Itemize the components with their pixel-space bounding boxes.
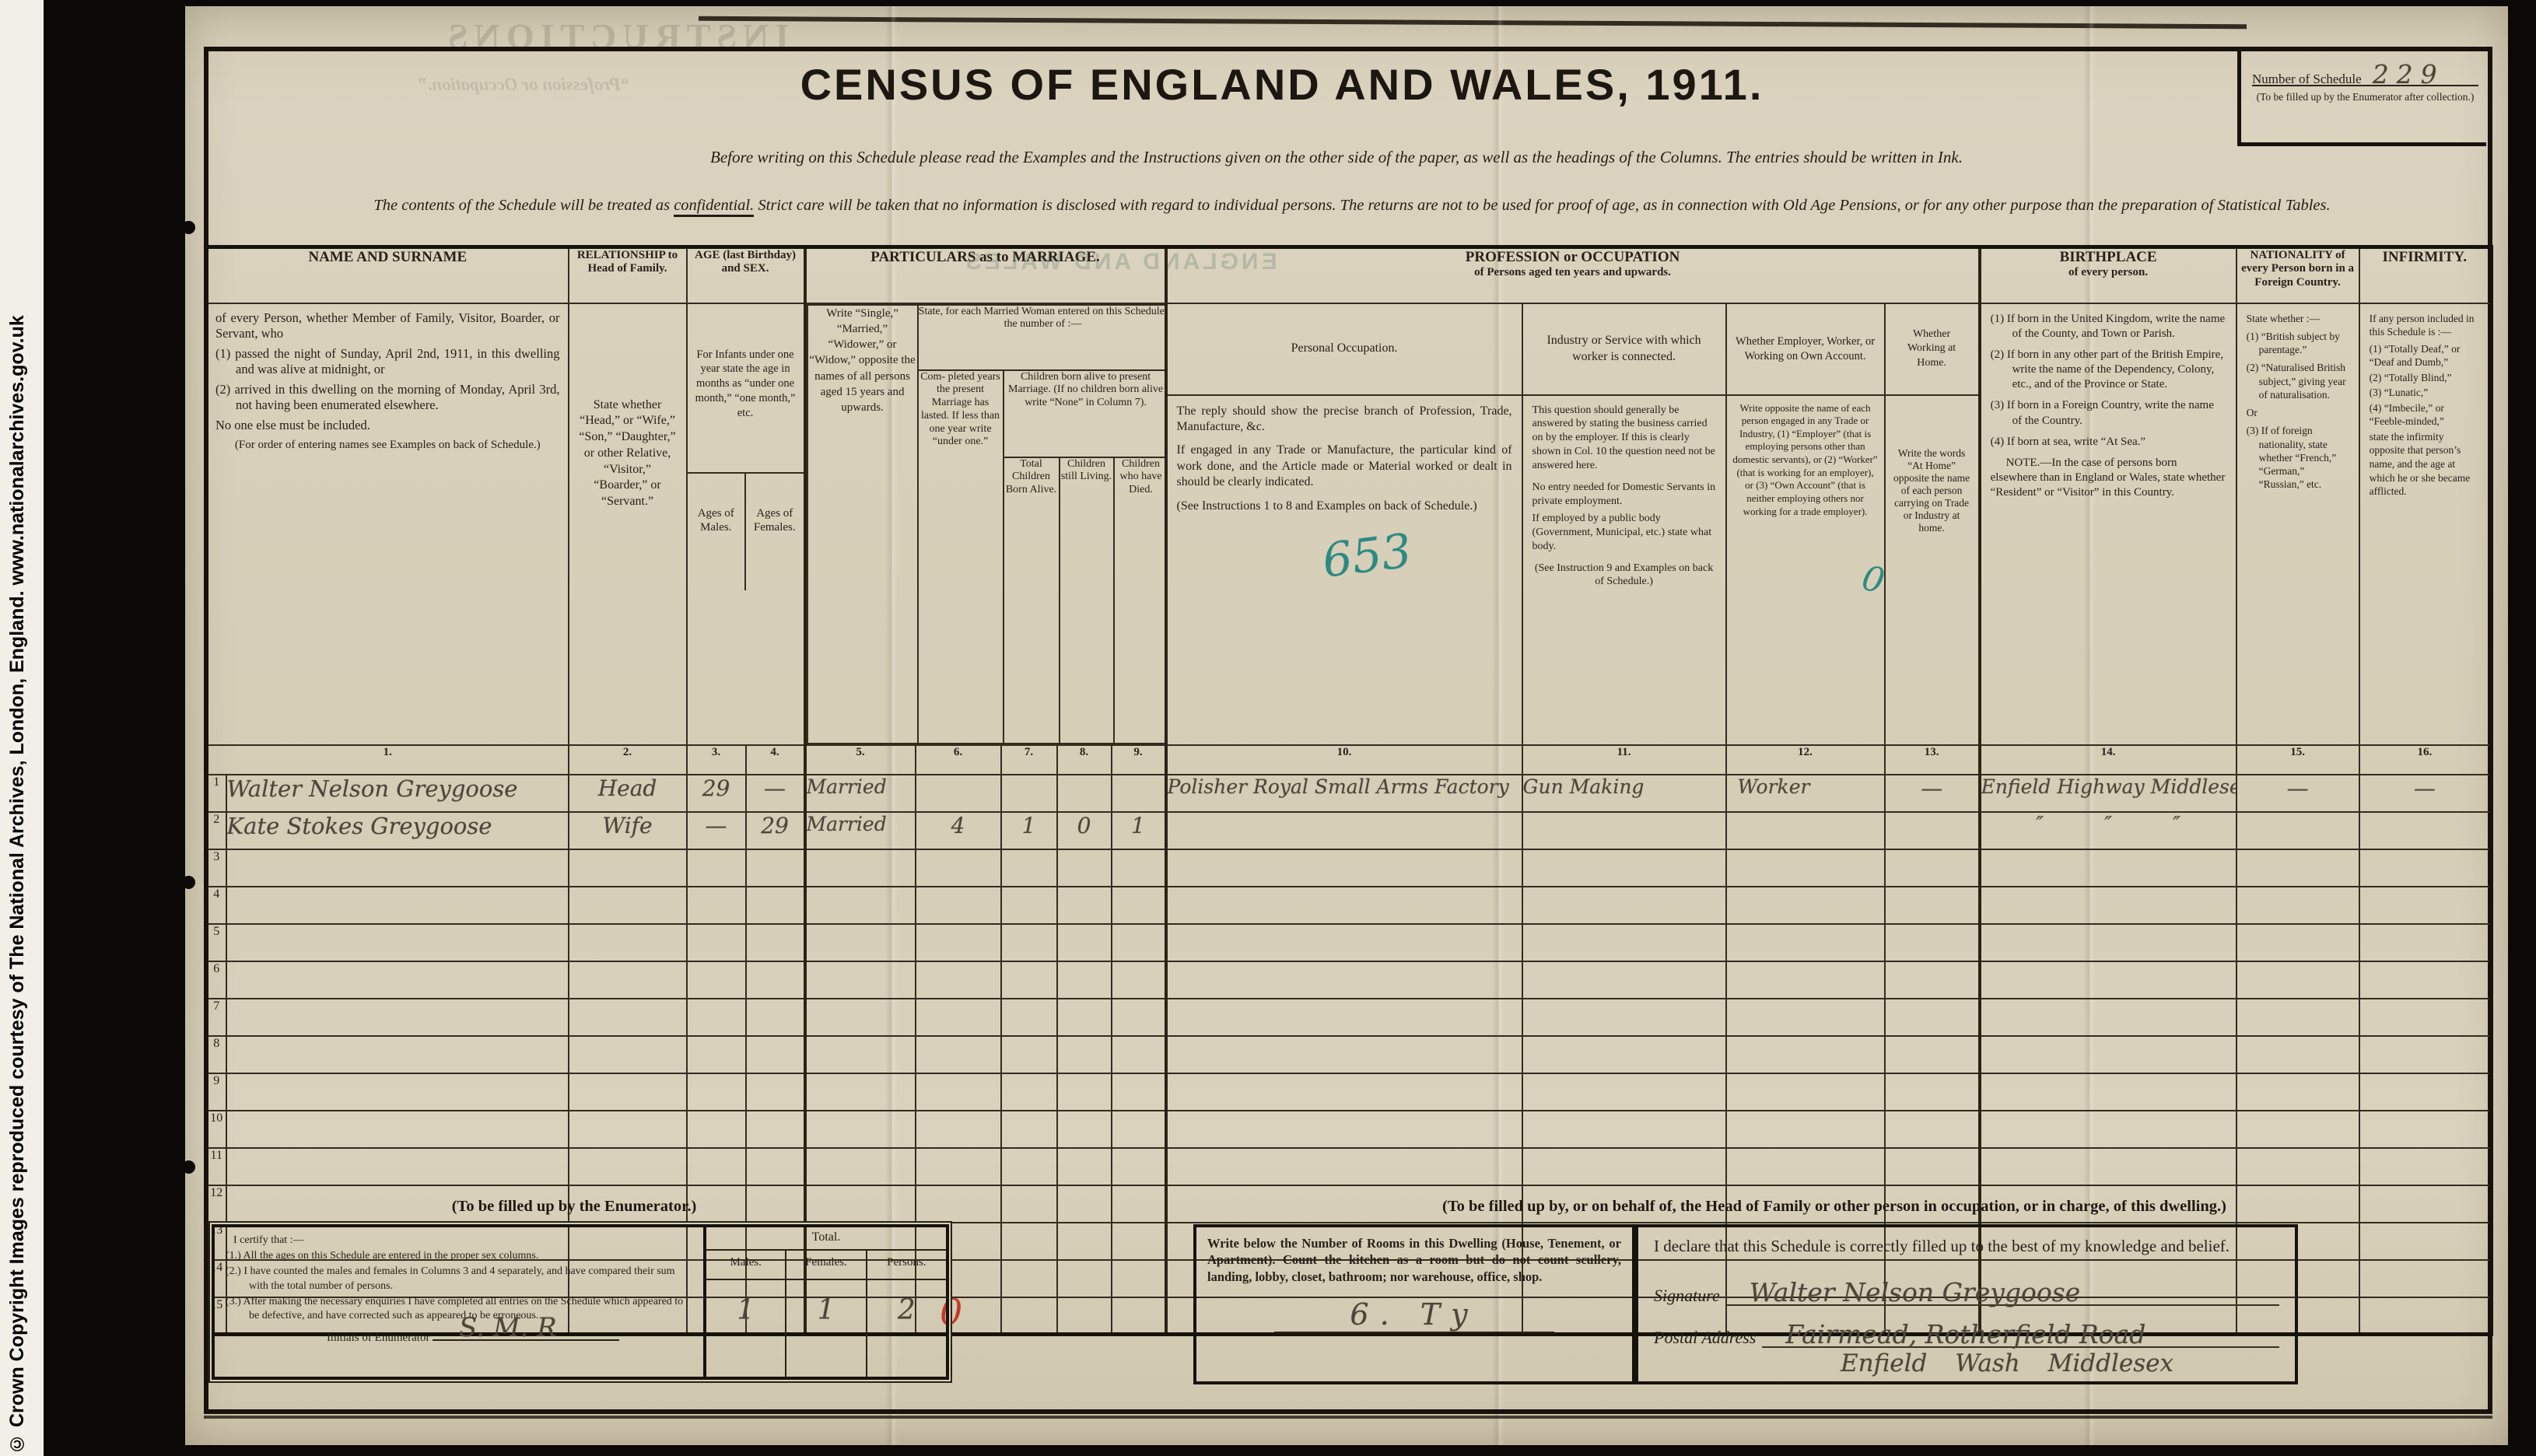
birthplace-item3: (3) If born in a Foreign Country, write …: [1991, 398, 2226, 428]
grid-cell: [1001, 1223, 1057, 1260]
grid-cell: [1112, 1036, 1166, 1073]
grid-cell: 8.: [1057, 745, 1112, 775]
confidential-word: confidential.: [674, 197, 754, 217]
grid-cell: [1980, 849, 2237, 887]
grid-cell: [1522, 812, 1726, 849]
total-children-header: Total Children Born Alive.: [1004, 457, 1060, 744]
grid-cell: [226, 1111, 569, 1148]
col-title-name: NAME AND SURNAME: [206, 247, 569, 303]
employer-explanation: Whether Employer, Worker, or Working on …: [1726, 303, 1885, 745]
initials-value: S. M. R: [459, 1311, 557, 1345]
entry-marriage-years: 4: [916, 812, 1001, 849]
census-table: NAME AND SURNAME RELATIONSHIP to Head of…: [204, 245, 2493, 1336]
grid-cell: [1726, 999, 1885, 1036]
grid-cell: [2237, 961, 2359, 999]
table-row-10: 10: [206, 1111, 2492, 1148]
grid-cell: 13.: [1885, 745, 1980, 775]
grid-cell: 2.: [569, 745, 687, 775]
grid-cell: [1112, 1111, 1166, 1148]
grid-cell: 14.: [1980, 745, 2237, 775]
postal-address-label: Postal Address: [1654, 1328, 1756, 1348]
postal-address-rule: Fairmead, Rotherfield Road: [1762, 1315, 2279, 1348]
entry-birthplace: Enfield Highway Middlesex: [1980, 775, 2237, 812]
grid-cell: [1166, 887, 1522, 924]
grid-cell: [2237, 1073, 2359, 1111]
personal-occupation-header: Personal Occupation.: [1168, 304, 1522, 396]
grid-cell: [569, 961, 687, 999]
grid-cell: 5: [206, 924, 226, 961]
grid-cell: [1522, 1111, 1726, 1148]
marriage-explanation: Write “Single,” “Married,” “Widower,” or…: [805, 303, 1166, 745]
grid-cell: [1522, 887, 1726, 924]
hole-punch: [182, 221, 195, 234]
confidential-post: Strict care will be taken that no inform…: [754, 197, 2330, 214]
paper-fold: [699, 16, 2247, 29]
grid-cell: [1057, 1111, 1112, 1148]
form-bottom-rule: [204, 1416, 2492, 1419]
grid-cell: [1980, 961, 2237, 999]
grid-cell: 8: [206, 1036, 226, 1073]
grid-cell: [1001, 775, 1057, 812]
entry-children-born: 1: [1001, 812, 1057, 849]
name-col-item1: (1) passed the night of Sunday, April 2n…: [215, 346, 560, 377]
grid-cell: [1166, 961, 1522, 999]
grid-cell: [1885, 849, 1980, 887]
schedule-number-value: 229: [2373, 59, 2445, 89]
grid-cell: [1001, 1073, 1057, 1111]
declaration-section-title: (To be filled up by, or on behalf of, th…: [1181, 1198, 2488, 1216]
name-column-explanation: of every Person, whether Member of Famil…: [206, 303, 569, 745]
occupation-foot: (See Instructions 1 to 8 and Examples on…: [1177, 499, 1512, 514]
married-woman-note: State, for each Married Woman entered on…: [918, 305, 1166, 370]
birthplace-item4: (4) If born at sea, write “At Sea.”: [1991, 435, 2226, 450]
grid-cell: [1057, 775, 1112, 812]
grid-cell: [746, 961, 805, 999]
grid-cell: 5.: [805, 745, 916, 775]
table-row-9: 9: [206, 1073, 2492, 1111]
col-title-relationship: RELATIONSHIP to Head of Family.: [569, 247, 687, 303]
entry-employer: Worker: [1726, 775, 1885, 812]
confidential-pre: The contents of the Schedule will be tre…: [373, 197, 674, 214]
grid-cell: [226, 849, 569, 887]
grid-cell: [1885, 1036, 1980, 1073]
grid-cell: [1726, 961, 1885, 999]
postal-address-value2: Enfield Wash Middlesex: [1841, 1349, 2173, 1377]
hole-punch: [182, 876, 195, 889]
rooms-instruction: Write below the Number of Rooms in this …: [1207, 1235, 1621, 1285]
profession-title-line2: of Persons aged ten years and upwards.: [1168, 266, 1978, 279]
grid-cell: [1057, 1260, 1112, 1297]
working-at-home-note: Write the words “At Home” opposite the n…: [1886, 396, 1978, 534]
entry-children-died: 1: [1112, 812, 1166, 849]
grid-cell: [1057, 887, 1112, 924]
ages-of-females-header: Ages of Females.: [744, 474, 804, 590]
grid-cell: [569, 1073, 687, 1111]
grid-cell: [746, 1036, 805, 1073]
grid-cell: [2359, 1297, 2492, 1335]
schedule-number-box: Number of Schedule229 (To be filled up b…: [2237, 51, 2486, 146]
nationality-item3: (3) If of foreign nationality, state whe…: [2247, 424, 2349, 491]
grid-cell: [1001, 924, 1057, 961]
signature-label: Signature: [1654, 1286, 1720, 1306]
grid-cell: [1001, 999, 1057, 1036]
grid-cell: [1726, 1036, 1885, 1073]
grid-cell: [1001, 1260, 1057, 1297]
grid-cell: [569, 924, 687, 961]
grid-cell: [2237, 849, 2359, 887]
grid-cell: [687, 1148, 746, 1185]
grid-cell: [687, 849, 746, 887]
industry-note1: This question should generally be answer…: [1532, 404, 1716, 474]
entry-age-male: 29: [687, 775, 746, 812]
marriage-group-title: PARTICULARS as to MARRIAGE.: [870, 249, 1100, 265]
grid-cell: [1980, 1148, 2237, 1185]
grid-cell: [1112, 961, 1166, 999]
table-row-2: 2 Kate Stokes Greygoose Wife — 29 Marrie…: [206, 812, 2492, 849]
grid-cell: [1166, 1036, 1522, 1073]
initials-label: Initials of Enumerator: [327, 1332, 429, 1344]
grid-cell: [1885, 1073, 1980, 1111]
grid-cell: [1166, 1148, 1522, 1185]
totals-females-value: 1: [785, 1280, 865, 1377]
grid-cell: 7.: [1001, 745, 1057, 775]
grid-cell: [1980, 1036, 2237, 1073]
grid-cell: 4: [206, 887, 226, 924]
certify-lead: I certify that :—: [226, 1234, 695, 1248]
birthplace-explanation: (1) If born in the United Kingdom, write…: [1980, 303, 2237, 745]
grid-cell: [805, 999, 916, 1036]
nationality-item2: (2) “Naturalised British subject,” givin…: [2247, 361, 2349, 401]
grid-cell: [1522, 1036, 1726, 1073]
grid-cell: [1112, 849, 1166, 887]
declaration-statement: I declare that this Schedule is correctl…: [1654, 1237, 2279, 1256]
rooms-value-line: 6. Ty: [1274, 1297, 1554, 1333]
grid-cell: [916, 1073, 1001, 1111]
grid-cell: [2237, 812, 2359, 849]
working-at-home-header: Whether Working at Home.: [1886, 304, 1978, 396]
industry-note2: No entry needed for Domestic Servants in…: [1532, 481, 1716, 509]
intro-line: Before writing on this Schedule please r…: [247, 148, 2426, 167]
entry-occupation: Polisher Royal Small Arms Factory: [1166, 775, 1522, 812]
grid-cell: [746, 1111, 805, 1148]
grid-cell: 2: [206, 812, 226, 849]
grid-cell: [916, 1111, 1001, 1148]
enumerator-section-title: (To be filled up by the Enumerator.): [263, 1198, 885, 1216]
grid-cell: [1726, 849, 1885, 887]
grid-cell: [2237, 887, 2359, 924]
industry-explanation: Industry or Service with which worker is…: [1522, 303, 1726, 745]
table-row-4: 4: [206, 887, 2492, 924]
grid-cell: [1726, 924, 1885, 961]
grid-cell: 10.: [1166, 745, 1522, 775]
grid-cell: [1057, 1073, 1112, 1111]
children-living-header: Children still Living.: [1060, 457, 1114, 744]
col-title-nationality: NATIONALITY of every Person born in a Fo…: [2237, 247, 2359, 303]
grid-cell: [1001, 1185, 1057, 1223]
totals-persons-value: 2: [866, 1280, 946, 1377]
table-row-1: 1 Walter Nelson Greygoose Head 29 — Marr…: [206, 775, 2492, 812]
grid-cell: [2237, 924, 2359, 961]
col-title-birthplace: BIRTHPLACE of every person.: [1980, 247, 2237, 303]
grid-cell: [569, 887, 687, 924]
grid-cell: [569, 1036, 687, 1073]
entry-at-home: —: [1885, 775, 1980, 812]
entry-relationship: Head: [569, 775, 687, 812]
grid-cell: [226, 887, 569, 924]
grid-cell: [805, 1111, 916, 1148]
grid-cell: [916, 1148, 1001, 1185]
grid-cell: [1726, 812, 1885, 849]
grid-cell: [1112, 1260, 1166, 1297]
grid-cell: [805, 924, 916, 961]
grid-cell: [687, 961, 746, 999]
signature-value: Walter Nelson Greygoose: [1750, 1277, 2080, 1307]
grid-cell: [2359, 1073, 2492, 1111]
nationality-intro: State whether :—: [2247, 312, 2349, 325]
grid-cell: [1057, 1223, 1112, 1260]
grid-cell: 16.: [2359, 745, 2492, 775]
grid-cell: [1112, 999, 1166, 1036]
grid-cell: [1885, 924, 1980, 961]
rooms-value: 6. Ty: [1350, 1297, 1478, 1332]
entry-children-living: 0: [1057, 812, 1112, 849]
birthplace-note: NOTE.—In the case of persons born elsewh…: [1991, 456, 2226, 501]
birthplace-item2: (2) If born in any other part of the Bri…: [1991, 348, 2226, 393]
grid-cell: [2359, 999, 2492, 1036]
grid-cell: [805, 1148, 916, 1185]
grid-cell: [2359, 1036, 2492, 1073]
rooms-box: Write below the Number of Rooms in this …: [1193, 1224, 1635, 1384]
grid-cell: [916, 1185, 1001, 1223]
grid-cell: [1980, 887, 2237, 924]
grid-cell: 3: [206, 849, 226, 887]
grid-cell: [569, 999, 687, 1036]
name-col-intro: of every Person, whether Member of Famil…: [215, 310, 560, 341]
nationality-item1: (1) “British subject by parentage.”: [2247, 330, 2349, 357]
industry-header: Industry or Service with which worker is…: [1523, 304, 1725, 396]
grid-cell: 9: [206, 1073, 226, 1111]
grid-cell: [687, 1036, 746, 1073]
birthplace-title-line1: BIRTHPLACE: [1981, 249, 2236, 266]
grid-cell: [746, 849, 805, 887]
col-title-profession: PROFESSION or OCCUPATION of Persons aged…: [1166, 247, 1980, 303]
form-title: CENSUS OF ENGLAND AND WALES, 1911.: [325, 59, 2239, 110]
grid-cell: [916, 775, 1001, 812]
grid-cell: [1001, 1297, 1057, 1335]
industry-foot: (See Instruction 9 and Examples on back …: [1532, 562, 1716, 590]
totals-males-value: 1: [706, 1280, 785, 1377]
grid-cell: [1726, 887, 1885, 924]
entry-relationship: Wife: [569, 812, 687, 849]
name-col-note: No one else must be included.: [215, 418, 560, 433]
grid-cell: [2359, 1223, 2492, 1260]
grid-cell: [805, 961, 916, 999]
grid-cell: [1885, 812, 1980, 849]
grid-cell: [746, 924, 805, 961]
grid-cell: [746, 999, 805, 1036]
archive-strip: © Crown Copyright Images reproduced cour…: [0, 0, 44, 1456]
grid-cell: 12: [206, 1185, 226, 1223]
grid-cell: [1885, 961, 1980, 999]
name-col-foot: (For order of entering names see Example…: [215, 438, 560, 452]
grid-cell: [569, 1148, 687, 1185]
occupation-note2: If engaged in any Trade or Manufacture, …: [1177, 443, 1512, 490]
grid-cell: [1166, 999, 1522, 1036]
grid-cell: [2359, 887, 2492, 924]
grid-cell: 1.: [206, 745, 569, 775]
grid-cell: [1112, 1297, 1166, 1335]
entry-marriage: Married: [805, 775, 916, 812]
grid-cell: [1522, 1148, 1726, 1185]
enumerator-teal-number: 653: [1319, 523, 1414, 588]
grid-cell: 4.: [746, 745, 805, 775]
grid-cell: [226, 1036, 569, 1073]
grid-cell: [746, 1073, 805, 1111]
grid-cell: 6: [206, 961, 226, 999]
grid-cell: 11: [206, 1148, 226, 1185]
grid-cell: [2359, 1111, 2492, 1148]
grid-cell: 9.: [1112, 745, 1166, 775]
nationality-explanation: State whether :— (1) “British subject by…: [2237, 303, 2359, 745]
grid-cell: [916, 887, 1001, 924]
age-infants-note: For Infants under one year state the age…: [688, 304, 804, 472]
entry-age-male: —: [687, 812, 746, 849]
ages-of-males-header: Ages of Males.: [688, 474, 745, 590]
hole-punch: [182, 1160, 195, 1174]
grid-cell: [1001, 887, 1057, 924]
grid-cell: [226, 961, 569, 999]
birthplace-title-line2: of every person.: [1981, 266, 2236, 279]
grid-cell: [1166, 812, 1522, 849]
totals-table: Total. Males. Females. Persons. 1 1 2: [703, 1227, 946, 1377]
grid-cell: [2359, 1260, 2492, 1297]
grid-cell: [226, 1148, 569, 1185]
grid-cell: 6.: [916, 745, 1001, 775]
employer-note: Write opposite the name of each person e…: [1727, 396, 1884, 525]
grid-cell: [1522, 924, 1726, 961]
table-row-6: 6: [206, 961, 2492, 999]
grid-cell: [1112, 775, 1166, 812]
schedule-number-note: (To be filled up by the Enumerator after…: [2252, 91, 2478, 104]
grid-cell: [1885, 999, 1980, 1036]
census-form: INSTRUCTIONS “Profession or Occupation.”…: [185, 6, 2508, 1445]
age-explanation: For Infants under one year state the age…: [687, 303, 805, 745]
entry-birthplace-ditto: ″ ″ ″: [1980, 812, 2237, 849]
grid-cell: [805, 1036, 916, 1073]
signature-row: Signature Walter Nelson Greygoose: [1654, 1273, 2279, 1306]
grid-cell: [1057, 1036, 1112, 1073]
grid-cell: 3.: [687, 745, 746, 775]
header-explanations-row: of every Person, whether Member of Famil…: [206, 303, 2492, 745]
table-row-5: 5: [206, 924, 2492, 961]
grid-cell: [1057, 1148, 1112, 1185]
grid-cell: [746, 1148, 805, 1185]
infirmity-tail: state the infirmity opposite that person…: [2370, 430, 2481, 499]
grid-cell: [1885, 1111, 1980, 1148]
grid-cell: [1057, 999, 1112, 1036]
grid-cell: [2359, 1148, 2492, 1185]
infirmity-item2: (2) “Totally Blind,”: [2370, 371, 2481, 385]
grid-cell: [1980, 924, 2237, 961]
grid-cell: [1522, 999, 1726, 1036]
totals-males-label: Males.: [706, 1251, 785, 1279]
grid-cell: [1112, 1223, 1166, 1260]
grid-cell: 11.: [1522, 745, 1726, 775]
grid-cell: [226, 1073, 569, 1111]
grid-cell: [2359, 961, 2492, 999]
grid-cell: [1057, 849, 1112, 887]
completed-years-header: Com- pleted years the present Marriage h…: [918, 370, 1004, 744]
grid-cell: [2359, 812, 2492, 849]
grid-cell: [1980, 1073, 2237, 1111]
birthplace-item1: (1) If born in the United Kingdom, write…: [1991, 312, 2226, 341]
grid-cell: [1166, 924, 1522, 961]
totals-females-label: Females.: [785, 1251, 865, 1279]
infirmity-intro: If any person included in this Schedule …: [2370, 312, 2481, 339]
infirmity-item3: (3) “Lunatic,”: [2370, 386, 2481, 400]
grid-cell: 1: [206, 775, 226, 812]
grid-cell: [1112, 924, 1166, 961]
employer-header: Whether Employer, Worker, or Working on …: [1727, 304, 1884, 396]
grid-cell: [687, 1073, 746, 1111]
grid-cell: 12.: [1726, 745, 1885, 775]
grid-cell: [226, 999, 569, 1036]
grid-cell: [805, 849, 916, 887]
grid-cell: [1001, 961, 1057, 999]
grid-cell: [1001, 1148, 1057, 1185]
grid-cell: [1112, 887, 1166, 924]
table-row-8: 8: [206, 1036, 2492, 1073]
grid-cell: [1001, 1111, 1057, 1148]
children-died-header: Children who have Died.: [1114, 457, 1166, 744]
column-numbers-row: 1.2. 3.4. 5.6. 7.8.9. 10.11. 12.13. 14.1…: [206, 745, 2492, 775]
relationship-explanation: State whether “Head,” or “Wife,” “Son,” …: [569, 303, 687, 745]
infirmity-explanation: If any person included in this Schedule …: [2359, 303, 2492, 745]
name-col-item2: (2) arrived in this dwelling on the morn…: [215, 382, 560, 413]
grid-cell: [1522, 1073, 1726, 1111]
occupation-note1: The reply should show the precise branch…: [1177, 404, 1512, 436]
occupation-explanation: Personal Occupation. The reply should sh…: [1166, 303, 1522, 745]
entry-nationality: —: [2237, 775, 2359, 812]
grid-cell: [1166, 1111, 1522, 1148]
census-scan: © Crown Copyright Images reproduced cour…: [0, 0, 2536, 1456]
profession-title-line1: PROFESSION or OCCUPATION: [1168, 249, 1978, 266]
postal-address-value1: Fairmead, Rotherfield Road: [1785, 1319, 2145, 1349]
col-title-age: AGE (last Birthday) and SEX.: [687, 247, 805, 303]
enumerator-box: I certify that :— (1.) All the ages on t…: [212, 1224, 949, 1380]
grid-cell: 10: [206, 1111, 226, 1148]
grid-cell: [1726, 1073, 1885, 1111]
copyright-text: © Crown Copyright Images reproduced cour…: [6, 8, 29, 1454]
grid-cell: [916, 924, 1001, 961]
grid-cell: [1057, 1297, 1112, 1335]
grid-cell: [1001, 849, 1057, 887]
grid-cell: [2237, 1036, 2359, 1073]
entry-name: Kate Stokes Greygoose: [226, 812, 569, 849]
working-at-home-explanation: Whether Working at Home. Write the words…: [1885, 303, 1980, 745]
table-row-3: 3: [206, 849, 2492, 887]
grid-cell: [687, 1111, 746, 1148]
grid-cell: [1522, 849, 1726, 887]
confidential-paragraph: The contents of the Schedule will be tre…: [278, 193, 2426, 219]
schedule-number-label: Number of Schedule: [2252, 72, 2362, 86]
grid-cell: [2359, 849, 2492, 887]
grid-cell: [1166, 849, 1522, 887]
table-row-11: 11: [206, 1148, 2492, 1185]
grid-cell: [569, 1111, 687, 1148]
grid-cell: [1726, 1148, 1885, 1185]
header-titles-row: NAME AND SURNAME RELATIONSHIP to Head of…: [206, 247, 2492, 303]
